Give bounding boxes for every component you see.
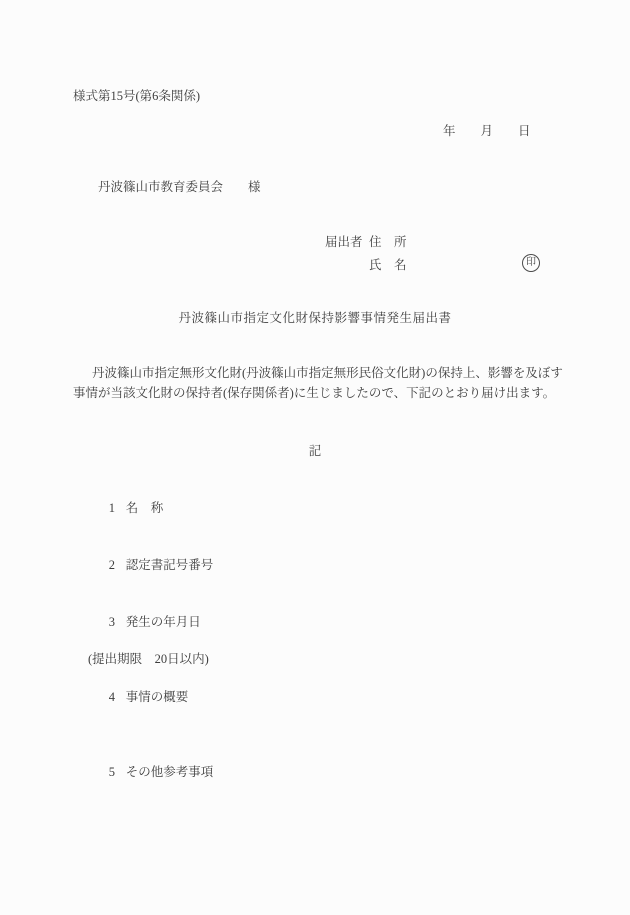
form-number: 様式第15号(第6条関係) [73, 86, 200, 104]
item-number: 3 [109, 613, 126, 632]
list-item-other-reference: 5その他参考事項 [90, 744, 213, 801]
body-paragraph: 丹波篠山市指定無形文化財(丹波篠山市指定無形民俗文化財)の保持上、影響を及ぼす … [73, 363, 573, 403]
notifier-name-label: 氏 名 [369, 255, 407, 273]
list-item-certificate-number: 2認定書記号番号 [90, 537, 213, 594]
item-label: 事情の概要 [126, 690, 189, 704]
document-page: 様式第15号(第6条関係) 年 月 日 丹波篠山市教育委員会 様 届出者 住 所… [0, 0, 630, 915]
item-number: 1 [109, 499, 126, 518]
item-label: 認定書記号番号 [126, 558, 214, 572]
document-title: 丹波篠山市指定文化財保持影響事情発生届出書 [0, 308, 630, 326]
record-heading: 記 [0, 441, 630, 459]
body-line-1: 丹波篠山市指定無形文化財(丹波篠山市指定無形民俗文化財)の保持上、影響を及ぼす [73, 363, 573, 383]
item-number: 4 [109, 688, 126, 707]
seal-icon: 印 [522, 254, 540, 272]
item-label: 発生の年月日 [126, 615, 201, 629]
submission-deadline-note: (提出期限 20日以内) [88, 649, 209, 667]
date-line: 年 月 日 [443, 121, 531, 139]
notifier-label: 届出者 [325, 232, 363, 250]
item-label: その他参考事項 [126, 765, 214, 779]
body-line-2: 事情が当該文化財の保持者(保存関係者)に生じましたので、下記のとおり届け出ます。 [73, 383, 573, 403]
notifier-address-label: 住 所 [369, 232, 407, 250]
item-number: 5 [109, 763, 126, 782]
item-label: 名 称 [126, 501, 164, 515]
item-list: 1名 称 2認定書記号番号 3発生の年月日 4事情の概要 5その他参考事項 [90, 480, 213, 801]
list-item-name: 1名 称 [90, 480, 213, 537]
addressee-line: 丹波篠山市教育委員会 様 [98, 177, 261, 195]
item-number: 2 [109, 556, 126, 575]
list-item-occurrence-date: 3発生の年月日 [90, 594, 213, 651]
list-item-summary: 4事情の概要 [90, 669, 213, 726]
